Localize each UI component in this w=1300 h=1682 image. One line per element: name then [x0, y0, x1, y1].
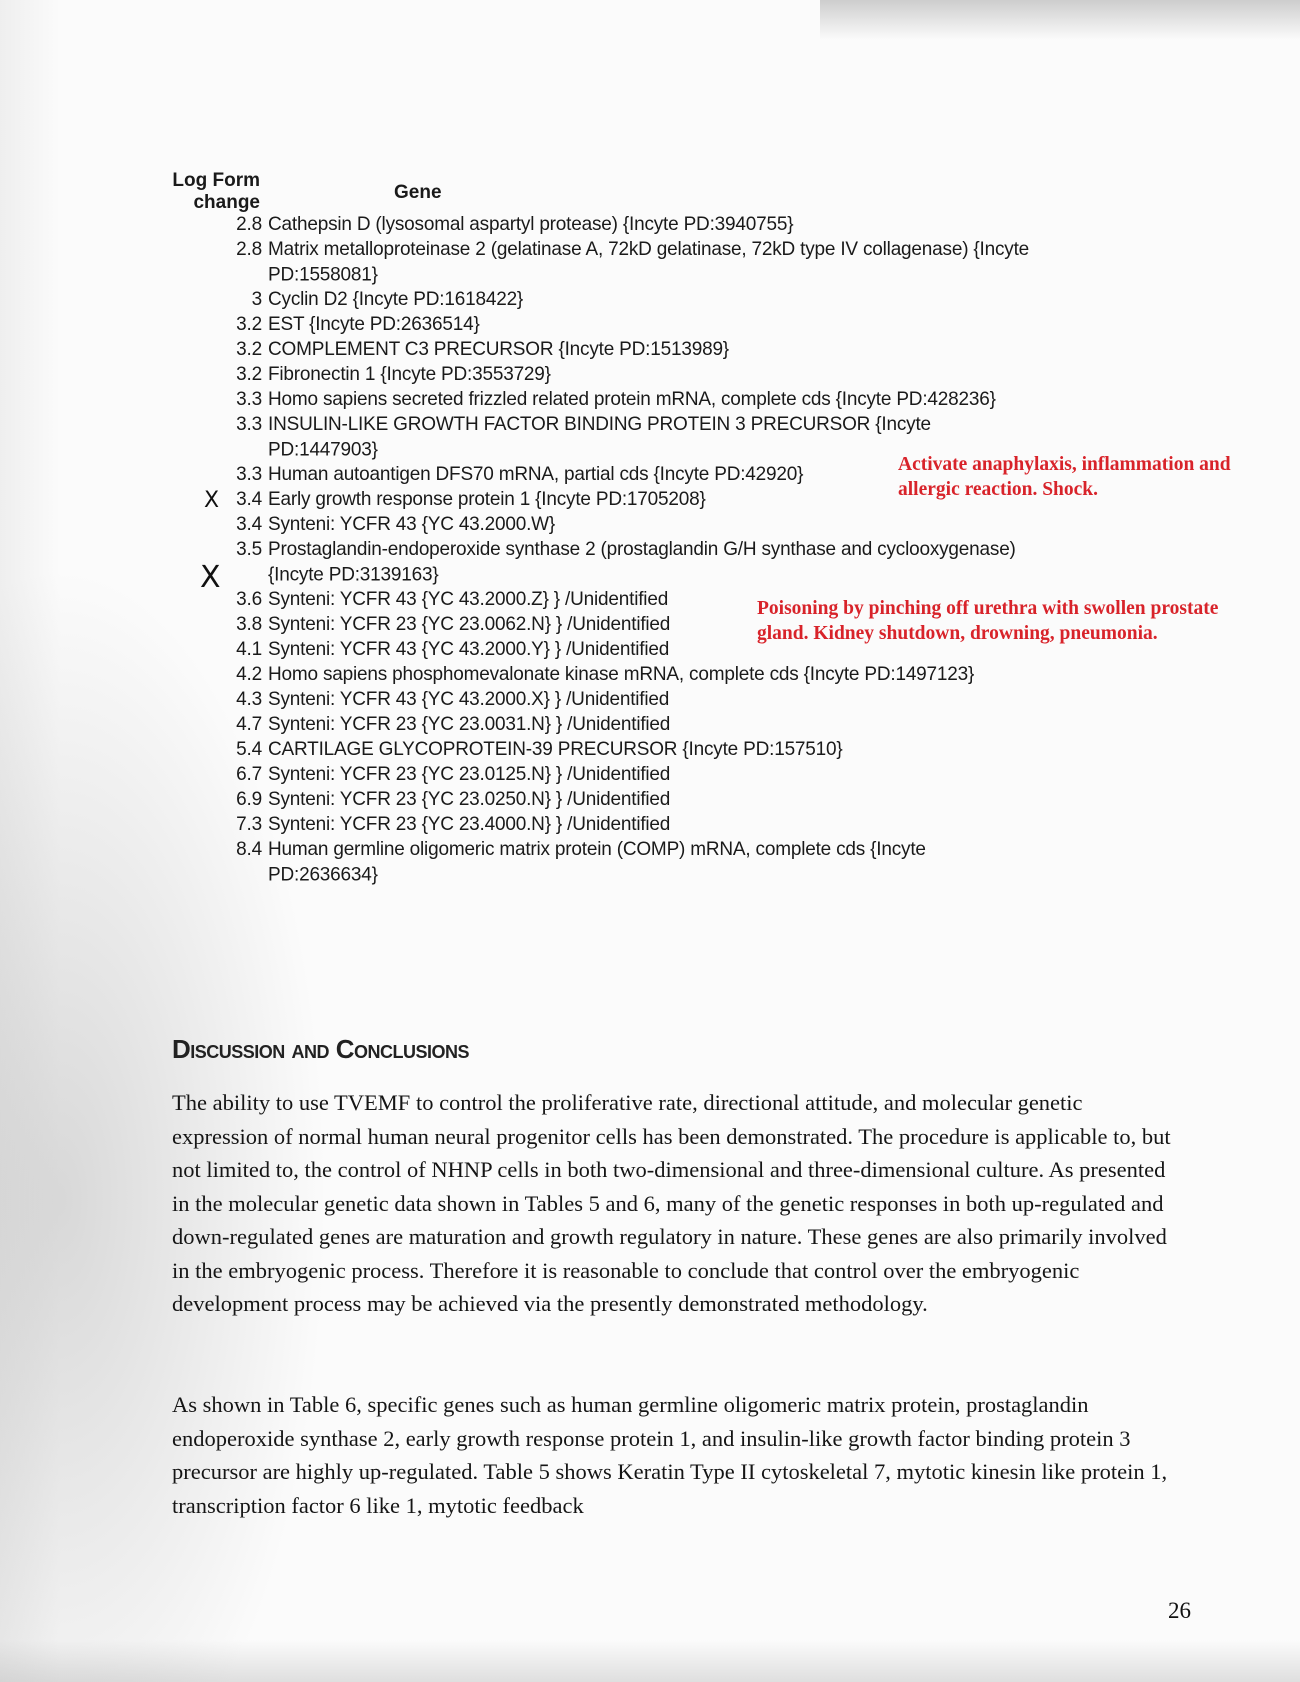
- gene-description: Synteni: YCFR 23 {YC 23.4000.N} } /Unide…: [268, 812, 1122, 838]
- gene-text: Cathepsin D (lysosomal aspartyl protease…: [268, 214, 793, 235]
- gene-text: Synteni: YCFR 23 {YC 23.0062.N} } /Unide…: [268, 614, 670, 635]
- table-row: 6.7Synteni: YCFR 23 {YC 23.0125.N} } /Un…: [222, 762, 1122, 788]
- log-form-change-value: 3.6: [222, 587, 262, 613]
- log-form-change-value: 8.4: [222, 837, 262, 888]
- table-row: 2.8Cathepsin D (lysosomal aspartyl prote…: [222, 212, 1122, 238]
- gene-text-continuation: PD:2636634}: [268, 862, 1122, 888]
- gene-description: Synteni: YCFR 43 {YC 43.2000.X} } /Unide…: [268, 687, 1122, 713]
- gene-text: Homo sapiens phosphomevalonate kinase mR…: [268, 664, 974, 685]
- red-annotation-anaphylaxis: Activate anaphylaxis, inflammation and a…: [898, 452, 1278, 502]
- gene-text-continuation: PD:1558081}: [268, 262, 1122, 288]
- gene-description: Synteni: YCFR 23 {YC 23.0031.N} } /Unide…: [268, 712, 1122, 738]
- log-form-change-value: 3.3: [222, 462, 262, 488]
- gene-description: Synteni: YCFR 23 {YC 23.0125.N} } /Unide…: [268, 762, 1122, 788]
- table-row: 3.2EST {Incyte PD:2636514}: [222, 312, 1122, 338]
- gene-text: Synteni: YCFR 43 {YC 43.2000.Z} } /Unide…: [268, 589, 668, 610]
- gene-text: Human autoantigen DFS70 mRNA, partial cd…: [268, 464, 803, 485]
- gene-text: Synteni: YCFR 23 {YC 23.0031.N} } /Unide…: [268, 714, 670, 735]
- log-form-change-value: 4.7: [222, 712, 262, 738]
- table-row: 4.2Homo sapiens phosphomevalonate kinase…: [222, 662, 1122, 688]
- table-row: 4.7Synteni: YCFR 23 {YC 23.0031.N} } /Un…: [222, 712, 1122, 738]
- gene-text: Synteni: YCFR 23 {YC 23.0125.N} } /Unide…: [268, 764, 670, 785]
- gene-description: Cyclin D2 {Incyte PD:1618422}: [268, 287, 1122, 313]
- gene-text: Fibronectin 1 {Incyte PD:3553729}: [268, 364, 551, 385]
- log-form-change-value: 3.2: [222, 337, 262, 363]
- gene-description: Cathepsin D (lysosomal aspartyl protease…: [268, 212, 1122, 238]
- table-row: 3.2Fibronectin 1 {Incyte PD:3553729}: [222, 362, 1122, 388]
- gene-text: Synteni: YCFR 43 {YC 43.2000.X} } /Unide…: [268, 689, 669, 710]
- log-form-change-value: 3.4: [222, 487, 262, 513]
- handwritten-x-mark: X: [200, 560, 221, 595]
- paragraph-1: The ability to use TVEMF to control the …: [172, 1086, 1182, 1321]
- gene-text: Matrix metalloproteinase 2 (gelatinase A…: [268, 239, 1029, 260]
- table-row: 3.2COMPLEMENT C3 PRECURSOR {Incyte PD:15…: [222, 337, 1122, 363]
- log-form-change-value: 3.2: [222, 312, 262, 338]
- gene-text: Synteni: YCFR 23 {YC 23.4000.N} } /Unide…: [268, 814, 670, 835]
- gene-text: Homo sapiens secreted frizzled related p…: [268, 389, 996, 410]
- gene-text: Synteni: YCFR 43 {YC 43.2000.W}: [268, 514, 555, 535]
- gene-text-continuation: {Incyte PD:3139163}: [268, 562, 1122, 588]
- gene-text: CARTILAGE GLYCOPROTEIN-39 PRECURSOR {Inc…: [268, 739, 843, 760]
- log-form-change-value: 3.2: [222, 362, 262, 388]
- table-row: 7.3Synteni: YCFR 23 {YC 23.4000.N} } /Un…: [222, 812, 1122, 838]
- gene-description: Prostaglandin-endoperoxide synthase 2 (p…: [268, 537, 1122, 588]
- column-header-log-form-change: Log Form change: [160, 170, 260, 214]
- table-row: 4.3Synteni: YCFR 43 {YC 43.2000.X} } /Un…: [222, 687, 1122, 713]
- gene-description: Synteni: YCFR 43 {YC 43.2000.W}: [268, 512, 1122, 538]
- gene-text: Prostaglandin-endoperoxide synthase 2 (p…: [268, 539, 1016, 560]
- gene-text: Synteni: YCFR 43 {YC 43.2000.Y} } /Unide…: [268, 639, 669, 660]
- red-annotation-prostate: Poisoning by pinching off urethra with s…: [757, 596, 1227, 646]
- gene-description: Homo sapiens secreted frizzled related p…: [268, 387, 1122, 413]
- log-form-change-value: 4.1: [222, 637, 262, 663]
- page-number: 26: [1168, 1598, 1191, 1624]
- gene-description: Synteni: YCFR 23 {YC 23.0250.N} } /Unide…: [268, 787, 1122, 813]
- gene-text: Cyclin D2 {Incyte PD:1618422}: [268, 289, 523, 310]
- gene-text: COMPLEMENT C3 PRECURSOR {Incyte PD:15139…: [268, 339, 729, 360]
- log-form-change-value: 2.8: [222, 237, 262, 288]
- gene-description: CARTILAGE GLYCOPROTEIN-39 PRECURSOR {Inc…: [268, 737, 1122, 763]
- section-title: Discussion and Conclusions: [172, 1034, 469, 1065]
- log-form-change-value: 3: [222, 287, 262, 313]
- log-form-change-value: 3.5: [222, 537, 262, 588]
- gene-description: EST {Incyte PD:2636514}: [268, 312, 1122, 338]
- handwritten-x-mark: X: [204, 488, 219, 513]
- column-header-gene: Gene: [394, 182, 442, 204]
- gene-text: Early growth response protein 1 {Incyte …: [268, 489, 706, 510]
- gene-description: Matrix metalloproteinase 2 (gelatinase A…: [268, 237, 1122, 288]
- gene-table: 2.8Cathepsin D (lysosomal aspartyl prote…: [222, 212, 1122, 887]
- log-form-change-value: 3.3: [222, 387, 262, 413]
- table-row: 3.3Homo sapiens secreted frizzled relate…: [222, 387, 1122, 413]
- table-row: 5.4CARTILAGE GLYCOPROTEIN-39 PRECURSOR {…: [222, 737, 1122, 763]
- log-form-change-value: 6.7: [222, 762, 262, 788]
- table-row: 8.4Human germline oligomeric matrix prot…: [222, 837, 1122, 888]
- gene-text: Human germline oligomeric matrix protein…: [268, 839, 926, 860]
- log-form-change-value: 6.9: [222, 787, 262, 813]
- table-row: 3Cyclin D2 {Incyte PD:1618422}: [222, 287, 1122, 313]
- log-form-change-value: 7.3: [222, 812, 262, 838]
- gene-text: INSULIN-LIKE GROWTH FACTOR BINDING PROTE…: [268, 414, 931, 435]
- gene-text: EST {Incyte PD:2636514}: [268, 314, 480, 335]
- log-form-change-value: 2.8: [222, 212, 262, 238]
- table-row: 3.4Synteni: YCFR 43 {YC 43.2000.W}: [222, 512, 1122, 538]
- log-form-change-value: 3.8: [222, 612, 262, 638]
- table-row: 2.8Matrix metalloproteinase 2 (gelatinas…: [222, 237, 1122, 288]
- gene-description: Homo sapiens phosphomevalonate kinase mR…: [268, 662, 1122, 688]
- table-row: 6.9Synteni: YCFR 23 {YC 23.0250.N} } /Un…: [222, 787, 1122, 813]
- header-line-1: Log Form: [160, 170, 260, 192]
- table-row: 3.5Prostaglandin-endoperoxide synthase 2…: [222, 537, 1122, 588]
- log-form-change-value: 4.3: [222, 687, 262, 713]
- gene-description: Human germline oligomeric matrix protein…: [268, 837, 1122, 888]
- header-line-2: change: [160, 192, 260, 214]
- paragraph-2: As shown in Table 6, specific genes such…: [172, 1388, 1182, 1522]
- log-form-change-value: 3.4: [222, 512, 262, 538]
- log-form-change-value: 5.4: [222, 737, 262, 763]
- log-form-change-value: 4.2: [222, 662, 262, 688]
- gene-description: Fibronectin 1 {Incyte PD:3553729}: [268, 362, 1122, 388]
- gene-text: Synteni: YCFR 23 {YC 23.0250.N} } /Unide…: [268, 789, 670, 810]
- scan-shadow: [820, 0, 1300, 40]
- log-form-change-value: 3.3: [222, 412, 262, 463]
- gene-description: COMPLEMENT C3 PRECURSOR {Incyte PD:15139…: [268, 337, 1122, 363]
